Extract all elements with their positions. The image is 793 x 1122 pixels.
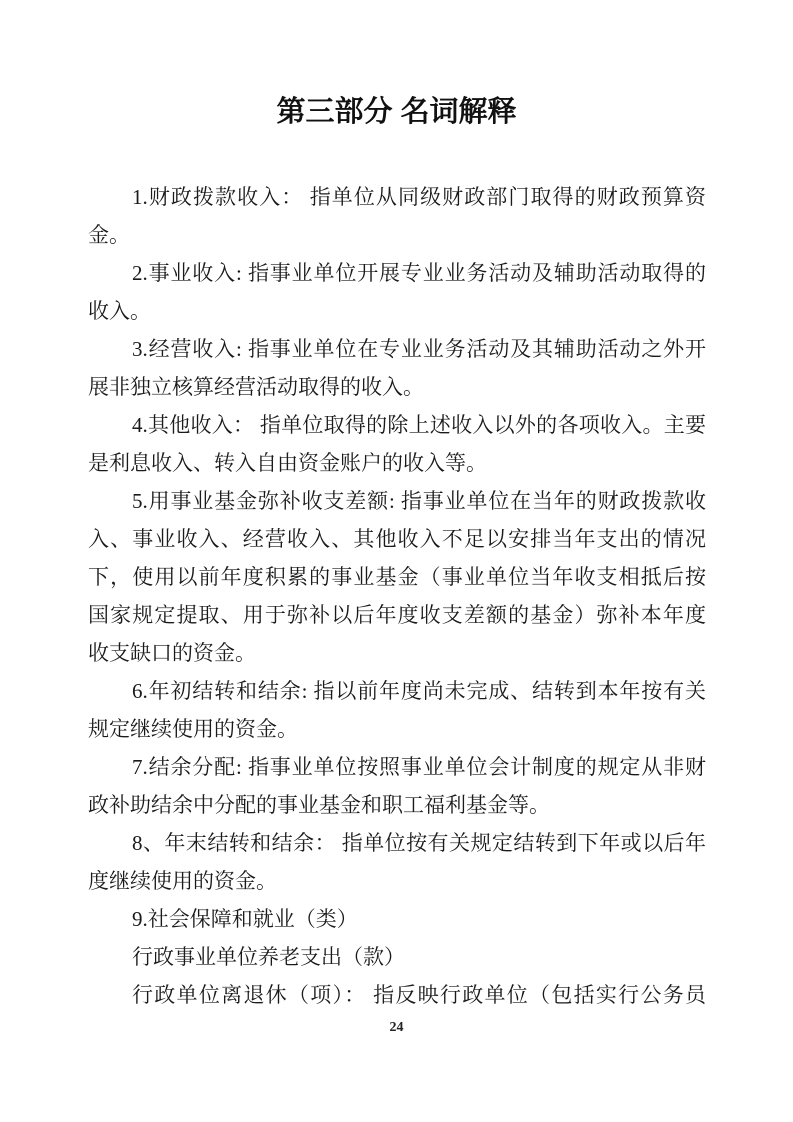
document-page: 第三部分 名词解释 1.财政拨款收入： 指单位从同级财政部门取得的财政预算资金。… (0, 0, 793, 1122)
text-line: 2.事业收入: 指事业单位开展专业业务活动及辅助活动取得的 (88, 254, 706, 292)
page-number: 24 (0, 1020, 793, 1036)
glossary-paragraphs: 1.财政拨款收入： 指单位从同级财政部门取得的财政预算资金。2.事业收入: 指事… (88, 178, 706, 1014)
text-line: 6.年初结转和结余: 指以前年度尚未完成、结转到本年按有关 (88, 672, 706, 710)
text-line: 5.用事业基金弥补收支差额: 指事业单位在当年的财政拨款收 (88, 482, 706, 520)
text-line: 收支缺口的资金。 (88, 634, 706, 672)
text-line: 行政事业单位养老支出（款） (88, 938, 706, 976)
text-line: 7.结余分配: 指事业单位按照事业单位会计制度的规定从非财 (88, 748, 706, 786)
text-line: 入、事业收入、经营收入、其他收入不足以安排当年支出的情况 (88, 520, 706, 558)
text-line: 是利息收入、转入自由资金账户的收入等。 (88, 444, 706, 482)
text-line: 4.其他收入： 指单位取得的除上述收入以外的各项收入。主要 (88, 406, 706, 444)
text-line: 下，使用以前年度积累的事业基金（事业单位当年收支相抵后按 (88, 558, 706, 596)
text-line: 政补助结余中分配的事业基金和职工福利基金等。 (88, 786, 706, 824)
text-line: 行政单位离退休（项）： 指反映行政单位（包括实行公务员 (88, 976, 706, 1014)
text-line: 收入。 (88, 292, 706, 330)
text-line: 规定继续使用的资金。 (88, 710, 706, 748)
text-line: 3.经营收入: 指事业单位在专业业务活动及其辅助活动之外开 (88, 330, 706, 368)
text-line: 9.社会保障和就业（类） (88, 900, 706, 938)
text-line: 展非独立核算经营活动取得的收入。 (88, 368, 706, 406)
page-title: 第三部分 名词解释 (0, 92, 793, 132)
text-line: 国家规定提取、用于弥补以后年度收支差额的基金）弥补本年度 (88, 596, 706, 634)
text-line: 8、年末结转和结余： 指单位按有关规定结转到下年或以后年 (88, 824, 706, 862)
text-line: 金。 (88, 216, 706, 254)
text-line: 1.财政拨款收入： 指单位从同级财政部门取得的财政预算资 (88, 178, 706, 216)
text-line: 度继续使用的资金。 (88, 862, 706, 900)
